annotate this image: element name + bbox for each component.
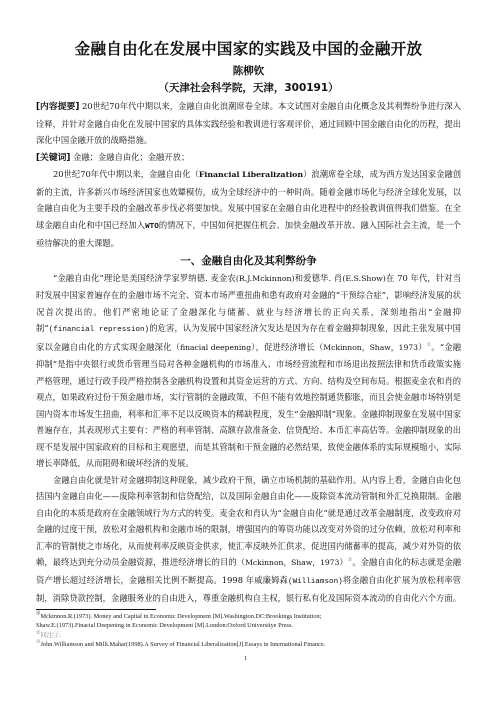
abstract-label: [内容提要] — [36, 102, 79, 112]
footnote-text: 同注①. — [40, 632, 60, 639]
footnote-text: John.Williamson and Milli.Mahar(1998).A … — [40, 641, 325, 648]
name-shaw: (E.S.Show) — [342, 274, 386, 283]
footnote-3: ③John.Williamson and Milli.Mahar(1998).A… — [36, 640, 476, 649]
body-text: ） — [418, 342, 427, 352]
keywords-label: [关键词] — [36, 153, 70, 163]
page-number: 1 — [244, 655, 247, 662]
body-text: 金融自由化就是针对金融抑制这种现象，减少政府干预，确立市场机制的基础作用。从内容… — [36, 475, 461, 568]
footnote-text: Shaw.E.(1973).Finacial Deepening in Econ… — [36, 622, 293, 629]
footnotes: ①Mckinnon.R.(1973). Money and Capital in… — [36, 612, 476, 650]
author-affiliation: （天津社会科学院，天津，300191） — [36, 80, 461, 97]
section1-paragraph-2: 金融自由化就是针对金融抑制这种现象，减少政府干预，确立市场机制的基础作用。从内容… — [36, 472, 461, 624]
section1-paragraph-1: “金融自由化”理论是美国经济学家罗纳德. 麦金农(R.J.Mckinnon)和爱… — [36, 270, 461, 472]
term-financial-deepening: finacial deepening — [180, 343, 251, 352]
section-heading: 一、金融自由化及其利弊纷争 — [36, 252, 461, 270]
body-text: 。“金融抑制”是指中央银行或货币管理当局对各种金融机构的市场准入、市场经营流程和… — [36, 342, 461, 469]
body-text: “金融自由化”理论是美国经济学家罗纳德. 麦金农 — [53, 273, 236, 283]
intro-paragraph: 20世纪70年代中期以来，金融自由化（Financial Liberalizat… — [36, 166, 461, 252]
name-mckinnon: (R.J.Mckinnon) — [236, 274, 295, 283]
footnote-1-cont: Shaw.E.(1973).Finacial Deepening in Econ… — [36, 621, 476, 630]
footnote-text: Mckinnon.R.(1973). Money and Capital in … — [40, 613, 321, 620]
name-williamson: (Williamson) — [288, 578, 343, 586]
keywords: [关键词] 金融；金融自由化；金融开放； — [36, 149, 461, 167]
body-text: 和爱德华. 肖 — [295, 273, 343, 283]
abstract: [内容提要] 20世纪70年代中期以来，金融自由化浪潮席卷全球。本文试图对金融自… — [36, 98, 461, 149]
footnote-2: ②同注①. — [36, 631, 476, 640]
term-financial-liberalization: Financial Liberalization — [199, 170, 303, 179]
term-wto: WTO — [145, 223, 159, 231]
author-name: 陈柳钦 — [36, 63, 461, 80]
term-financial-repression: (financial repression) — [49, 326, 149, 334]
body-text: ），促进经济增长（ — [251, 342, 323, 352]
document-page: 金融自由化在发展中国家的实践及中国的金融开放 陈柳钦 （天津社会科学院，天津，3… — [36, 38, 461, 623]
footnote-1: ①Mckinnon.R.(1973). Money and Capital in… — [36, 612, 476, 621]
intro-text: 20世纪70年代中期以来，金融自由化（ — [53, 169, 199, 179]
footnote-divider — [36, 609, 156, 610]
abstract-text: 20世纪70年代中期以来，金融自由化浪潮席卷全球。本文试图对金融自由化概念及其利… — [36, 101, 461, 145]
paper-title: 金融自由化在发展中国家的实践及中国的金融开放 — [36, 38, 461, 60]
keywords-text: 金融；金融自由化；金融开放； — [73, 152, 189, 162]
citation: Mckinnon，Shaw，1973 — [245, 558, 339, 567]
citation: Mckinnon，Shaw，1973 — [323, 343, 418, 352]
body-text: ） — [339, 557, 347, 567]
